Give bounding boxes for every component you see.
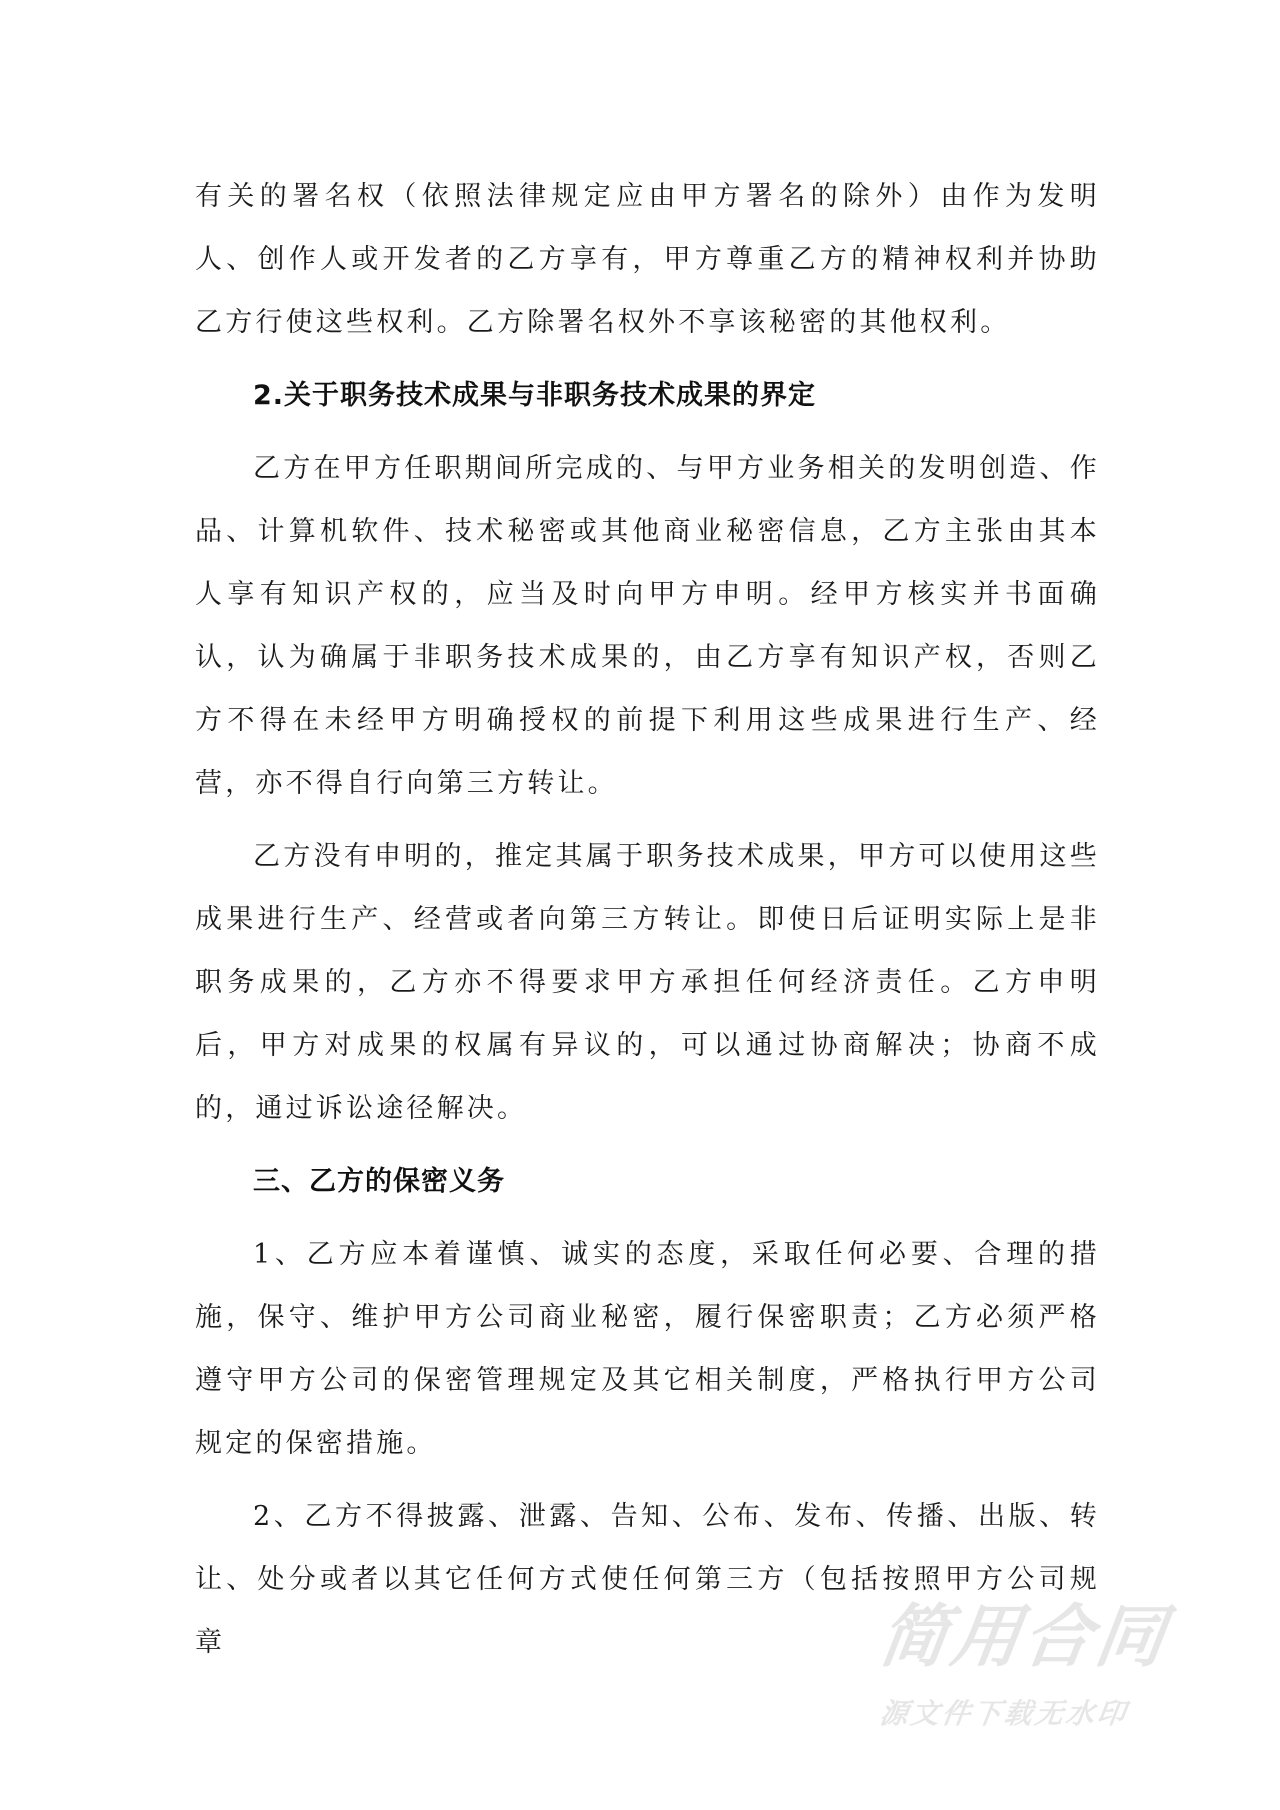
paragraph-presumed-service-achievement: 乙方没有申明的，推定其属于职务技术成果，甲方可以使用这些成果进行生产、经营或者向…	[195, 825, 1100, 1140]
document-page: 有关的署名权（依照法律规定应由甲方署名的除外）由作为发明人、创作人或开发者的乙方…	[195, 165, 1100, 1684]
section-heading-achievement-definition: 2.关于职务技术成果与非职务技术成果的界定	[195, 364, 1100, 427]
paragraph-obligation-2: 2、乙方不得披露、泄露、告知、公布、发布、传播、出版、转让、处分或者以其它任何方…	[195, 1485, 1100, 1674]
section-heading-confidentiality-obligations: 三、乙方的保密义务	[195, 1150, 1100, 1213]
paragraph-obligation-1: 1、乙方应本着谨慎、诚实的态度，采取任何必要、合理的措施，保守、维护甲方公司商业…	[195, 1223, 1100, 1475]
paragraph-non-service-claim: 乙方在甲方任职期间所完成的、与甲方业务相关的发明创造、作品、计算机软件、技术秘密…	[195, 437, 1100, 815]
paragraph-authorship-rights: 有关的署名权（依照法律规定应由甲方署名的除外）由作为发明人、创作人或开发者的乙方…	[195, 165, 1100, 354]
watermark-tagline: 源文件下载无水印	[877, 1694, 1213, 1734]
